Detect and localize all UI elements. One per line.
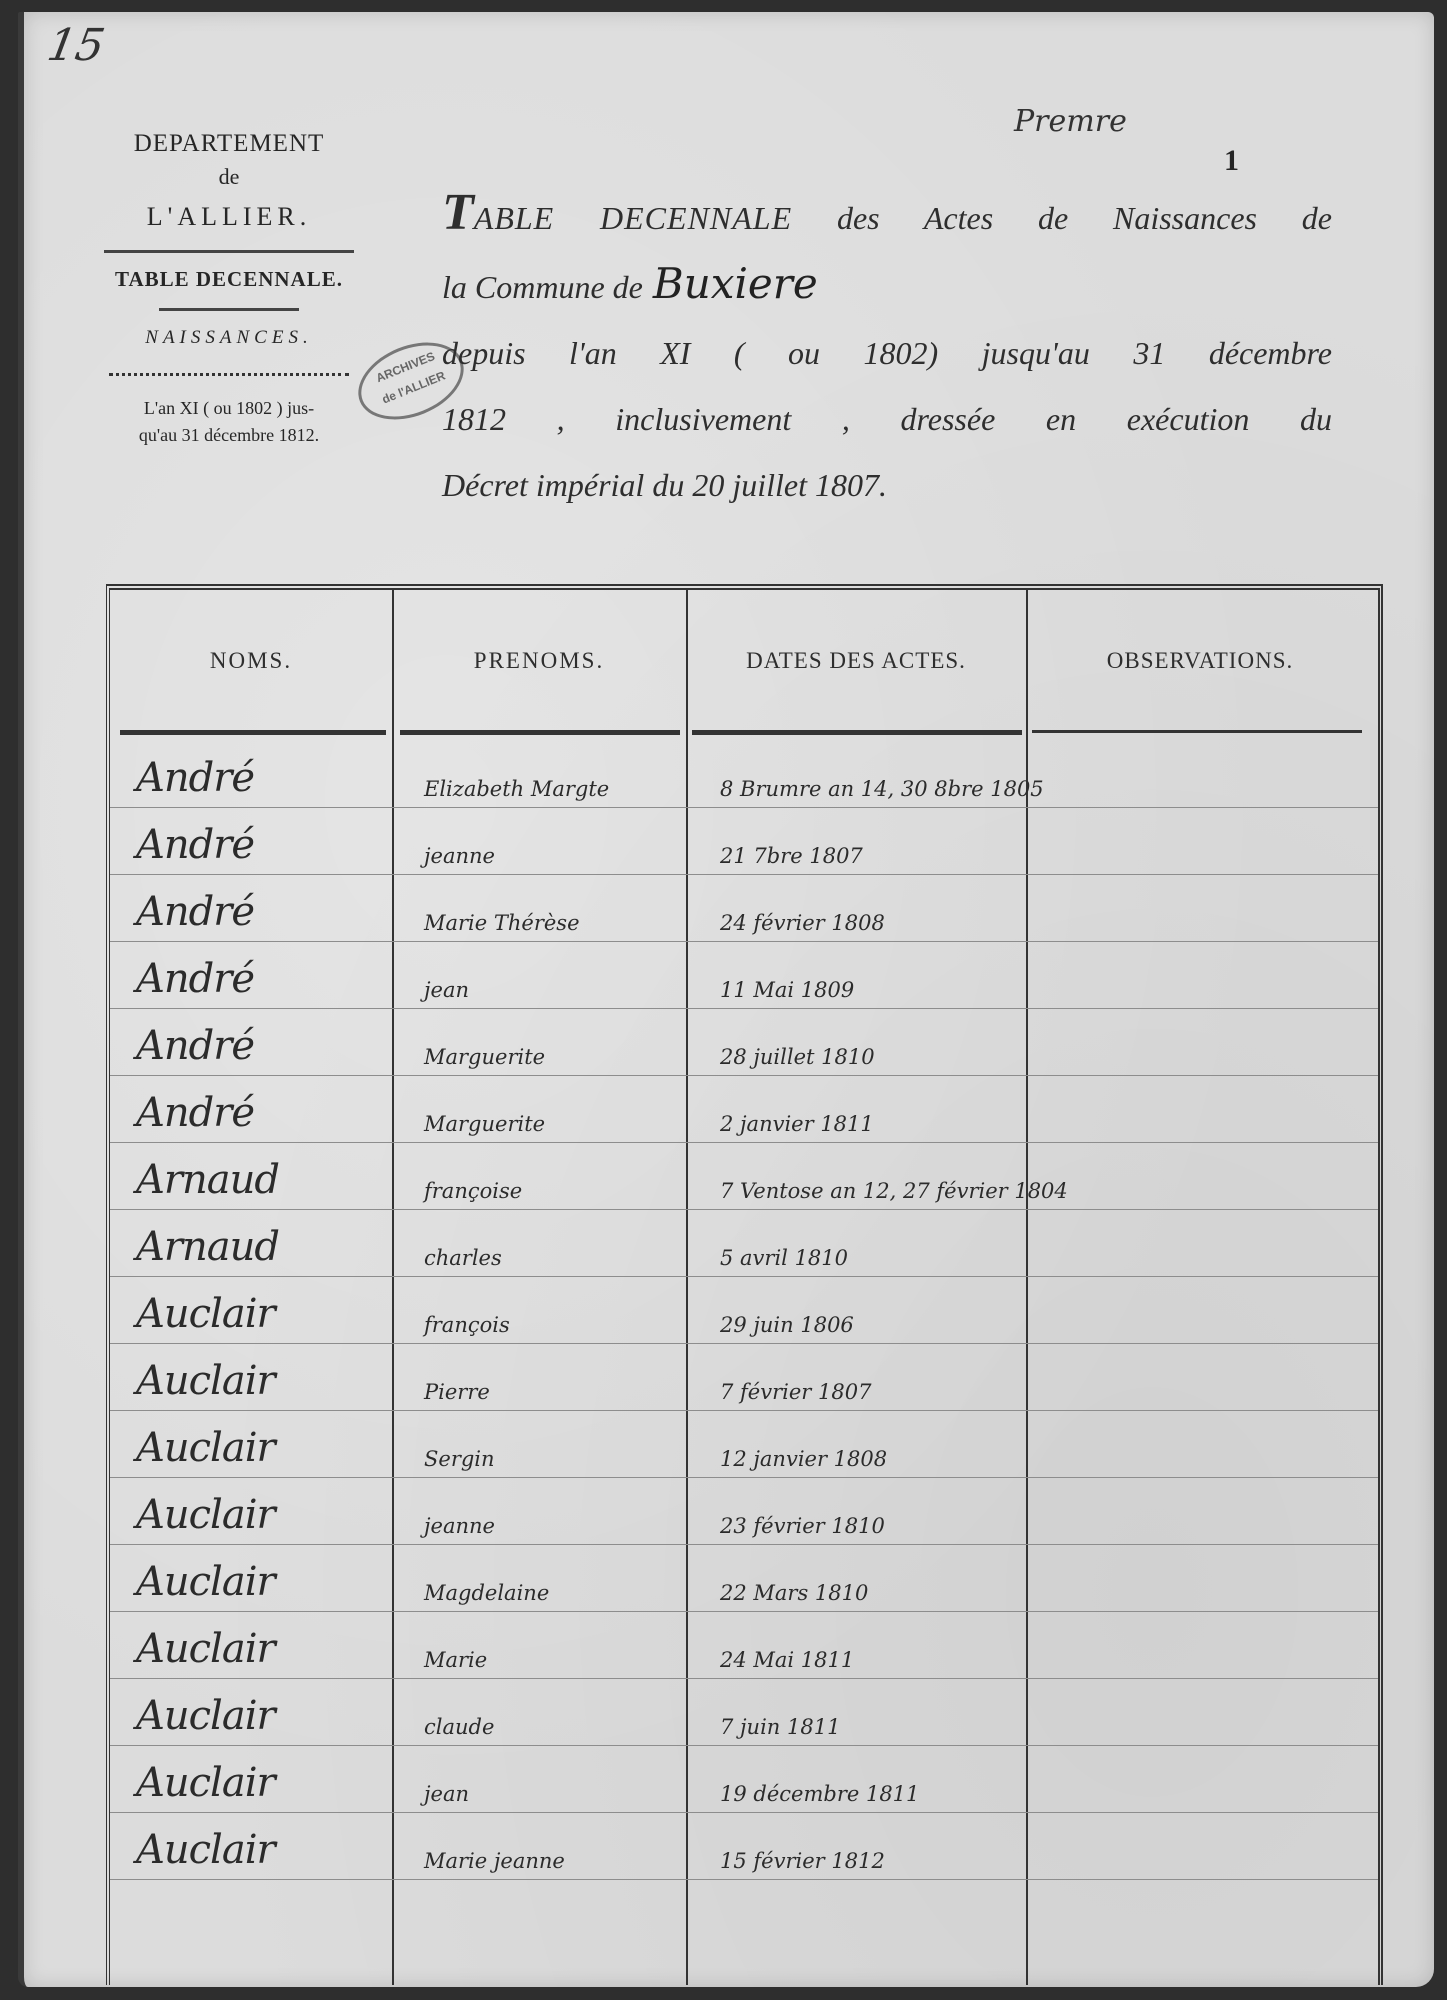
cell-date: 28 juillet 1810	[720, 1045, 875, 1069]
table-row: Andréjeanne21 7bre 1807	[110, 807, 1378, 875]
title-initial: T	[442, 184, 474, 241]
cell-prenom: jeanne	[424, 844, 495, 868]
cell-prenom: Marie	[424, 1648, 487, 1672]
cell-prenom: Marguerite	[424, 1045, 545, 1069]
document-page: 15 Premre 1 DEPARTEMENT de L'ALLIER. TAB…	[18, 12, 1434, 1987]
title-line-1-rest: des Actes de Naissances de	[792, 200, 1332, 236]
cell-nom: Auclair	[136, 1760, 275, 1806]
cell-prenom: françois	[424, 1313, 510, 1337]
cell-prenom: Marie jeanne	[424, 1849, 565, 1873]
cell-date: 15 février 1812	[720, 1849, 885, 1873]
ornamental-divider	[109, 373, 349, 379]
divider	[104, 250, 354, 253]
period-line-2: qu'au 31 décembre 1812.	[139, 425, 319, 445]
cell-date: 21 7bre 1807	[720, 844, 863, 868]
table-row: AuclairMarie jeanne15 février 1812	[110, 1812, 1378, 1880]
period-text: L'an XI ( ou 1802 ) jus- qu'au 31 décemb…	[84, 395, 374, 449]
table-row: AndréMarguerite28 juillet 1810	[110, 1008, 1378, 1076]
cell-prenom: Marie Thérèse	[424, 911, 580, 935]
table-row: Arnaudfrançoise7 Ventose an 12, 27 févri…	[110, 1142, 1378, 1210]
cell-date: 29 juin 1806	[720, 1313, 854, 1337]
margin-annotation: Premre	[1014, 104, 1127, 139]
document-title: TABLE DECENNALE des Actes de Naissances …	[442, 180, 1332, 518]
cell-prenom: Elizabeth Margte	[424, 777, 609, 801]
title-line-5: Décret impérial du 20 juillet 1807.	[442, 452, 1332, 518]
page-number: 1	[1224, 144, 1239, 178]
cell-nom: André	[136, 1023, 254, 1069]
cell-nom: Auclair	[136, 1492, 275, 1538]
table-row: AuclairPierre7 février 1807	[110, 1343, 1378, 1411]
table-row: Auclairjean19 décembre 1811	[110, 1745, 1378, 1813]
header-rule	[400, 730, 680, 735]
table-row: AndréMarie Thérèse24 février 1808	[110, 874, 1378, 942]
period-line-1: L'an XI ( ou 1802 ) jus-	[144, 398, 314, 418]
table-row: Andréjean11 Mai 1809	[110, 941, 1378, 1009]
table-row: AndréElizabeth Margte8 Brumre an 14, 30 …	[110, 740, 1378, 808]
cell-date: 7 juin 1811	[720, 1715, 840, 1739]
header-noms: NOMS.	[110, 648, 392, 674]
table-label: TABLE DECENNALE.	[84, 267, 374, 292]
cell-nom: Auclair	[136, 1425, 275, 1471]
commune-name: Buxiere	[653, 259, 818, 308]
cell-date: 24 Mai 1811	[720, 1648, 854, 1672]
title-caps: ABLE DECENNALE	[474, 200, 792, 236]
cell-prenom: jean	[424, 1782, 469, 1806]
header-prenoms: PRENOMS.	[392, 648, 686, 674]
table-row: AuclairMagdelaine22 Mars 1810	[110, 1544, 1378, 1612]
title-line-3: depuis l'an XI ( ou 1802) jusqu'au 31 dé…	[442, 320, 1332, 386]
cell-nom: André	[136, 889, 254, 935]
table-row: Auclairjeanne23 février 1810	[110, 1477, 1378, 1545]
divider	[159, 308, 299, 311]
cell-date: 19 décembre 1811	[720, 1782, 919, 1806]
table-row: Arnaudcharles5 avril 1810	[110, 1209, 1378, 1277]
title-line-4: 1812 , inclusivement , dressée en exécut…	[442, 386, 1332, 452]
cell-date: 5 avril 1810	[720, 1246, 848, 1270]
table-row: AuclairSergin12 janvier 1808	[110, 1410, 1378, 1478]
table-row: AndréMarguerite2 janvier 1811	[110, 1075, 1378, 1143]
cell-nom: Auclair	[136, 1358, 275, 1404]
cell-date: 7 février 1807	[720, 1380, 871, 1404]
cell-prenom: Magdelaine	[424, 1581, 549, 1605]
department-name: L'ALLIER.	[84, 202, 374, 232]
cell-prenom: Pierre	[424, 1380, 490, 1404]
department-de: de	[84, 164, 374, 190]
header-rule	[692, 730, 1022, 735]
cell-nom: Auclair	[136, 1559, 275, 1605]
cell-prenom: jean	[424, 978, 469, 1002]
table-row: AuclairMarie24 Mai 1811	[110, 1611, 1378, 1679]
cell-date: 22 Mars 1810	[720, 1581, 868, 1605]
cell-nom: Arnaud	[136, 1224, 279, 1270]
cell-nom: Auclair	[136, 1626, 275, 1672]
title-line-2: la Commune de	[442, 269, 643, 305]
cell-date: 12 janvier 1808	[720, 1447, 887, 1471]
cell-nom: Arnaud	[136, 1157, 279, 1203]
cell-nom: Auclair	[136, 1291, 275, 1337]
cell-nom: André	[136, 822, 254, 868]
cell-date: 24 février 1808	[720, 911, 885, 935]
cell-prenom: jeanne	[424, 1514, 495, 1538]
record-type: NAISSANCES.	[84, 327, 374, 349]
header-rule	[120, 730, 386, 735]
sidebar-header: DEPARTEMENT de L'ALLIER. TABLE DECENNALE…	[84, 130, 374, 449]
header-observations: OBSERVATIONS.	[1026, 648, 1374, 674]
cell-prenom: charles	[424, 1246, 502, 1270]
cell-date: 2 janvier 1811	[720, 1112, 874, 1136]
cell-nom: Auclair	[136, 1827, 275, 1873]
cell-prenom: claude	[424, 1715, 494, 1739]
cell-nom: Auclair	[136, 1693, 275, 1739]
cell-prenom: françoise	[424, 1179, 522, 1203]
cell-date: 11 Mai 1809	[720, 978, 854, 1002]
cell-prenom: Marguerite	[424, 1112, 545, 1136]
folio-number: 15	[44, 20, 109, 71]
cell-date: 7 Ventose an 12, 27 février 1804	[720, 1179, 1068, 1203]
cell-nom: André	[136, 755, 254, 801]
table-row: Auclairclaude7 juin 1811	[110, 1678, 1378, 1746]
header-rule	[1032, 730, 1362, 733]
cell-prenom: Sergin	[424, 1447, 495, 1471]
cell-date: 23 février 1810	[720, 1514, 885, 1538]
cell-nom: André	[136, 1090, 254, 1136]
header-dates: DATES DES ACTES.	[686, 648, 1026, 674]
cell-date: 8 Brumre an 14, 30 8bre 1805	[720, 777, 1044, 801]
records-table: NOMS. PRENOMS. DATES DES ACTES. OBSERVAT…	[106, 584, 1383, 1985]
table-row: Auclairfrançois29 juin 1806	[110, 1276, 1378, 1344]
cell-nom: André	[136, 956, 254, 1002]
department-label: DEPARTEMENT	[84, 130, 374, 158]
